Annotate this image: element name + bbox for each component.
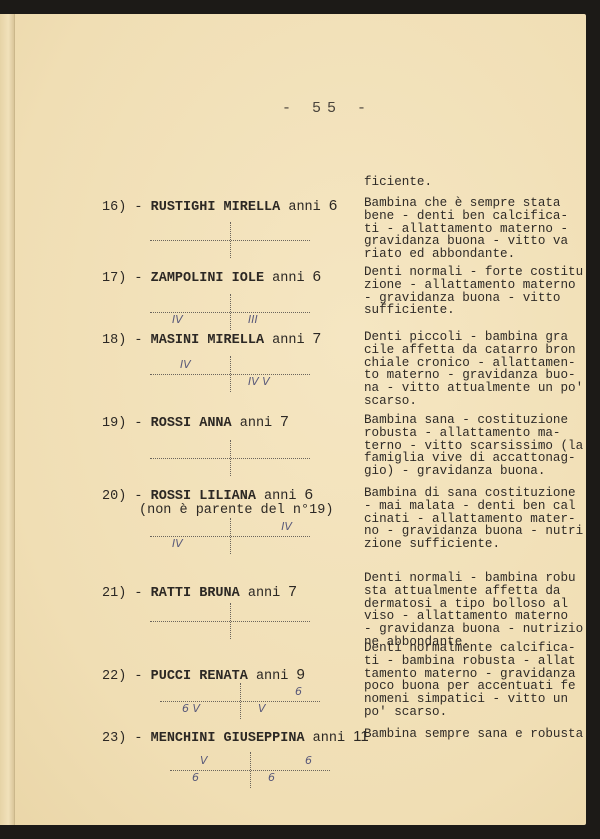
patient-age: 6 — [329, 197, 337, 214]
entry-number: 17) — [102, 271, 126, 286]
patient-name: PUCCI RENATA — [151, 669, 248, 684]
patient-name: ROSSI ANNA — [151, 416, 232, 431]
patient-name: ROSSI LILIANA — [151, 489, 256, 504]
continuation-text: ficiente. — [364, 176, 594, 189]
age-label: anni — [264, 271, 313, 286]
patient-age: 7 — [288, 583, 296, 600]
chart-vertical-line — [250, 752, 251, 788]
tooth-mark-upper-right: IV — [281, 520, 292, 533]
chart-vertical-line — [230, 294, 231, 330]
chart-vertical-line — [230, 603, 231, 639]
patient-age: 7 — [280, 413, 288, 430]
entry-dash: - — [126, 586, 150, 601]
patient-age: 7 — [313, 330, 321, 347]
tooth-chart: IVIV — [150, 518, 310, 554]
age-label: anni — [256, 489, 305, 504]
entry-number: 20) — [102, 489, 126, 504]
entry-dash: - — [126, 416, 150, 431]
entry-heading: 20) - ROSSI LILIANA anni 6(non è parente… — [102, 488, 333, 518]
tooth-mark-lower-right: III — [248, 313, 258, 326]
patient-age: 9 — [296, 666, 304, 683]
tooth-mark-lower-left: 6 V — [182, 702, 200, 715]
tooth-mark-lower-right: 6 — [268, 771, 275, 784]
entry-description: Bambina che è sempre stata bene - denti … — [364, 197, 594, 261]
patient-name: ZAMPOLINI IOLE — [151, 271, 264, 286]
age-label: anni — [305, 731, 354, 746]
tooth-chart — [150, 222, 310, 258]
tooth-mark-upper-right: 6 — [305, 754, 312, 767]
entry-heading: 23) - MENCHINI GIUSEPPINA anni 11 — [102, 730, 369, 746]
entry-dash: - — [126, 200, 150, 215]
page-number: - 55 - — [282, 100, 372, 117]
age-label: anni — [264, 333, 313, 348]
tooth-chart: IVIV V — [150, 356, 310, 392]
entry-description: Bambina sempre sana e robusta — [364, 728, 594, 741]
chart-vertical-line — [230, 518, 231, 554]
entry-number: 19) — [102, 416, 126, 431]
entry-number: 23) — [102, 731, 126, 746]
entry-description: Bambina sana - costituzione robusta - al… — [364, 414, 594, 478]
tooth-mark-lower-left: IV — [172, 537, 183, 550]
entry-heading: 21) - RATTI BRUNA anni 7 — [102, 585, 297, 601]
chart-vertical-line — [230, 222, 231, 258]
entry-heading: 18) - MASINI MIRELLA anni 7 — [102, 332, 321, 348]
tooth-mark-lower-right: IV V — [248, 375, 270, 388]
entry-number: 21) — [102, 586, 126, 601]
chart-vertical-line — [230, 440, 231, 476]
entry-number: 22) — [102, 669, 126, 684]
tooth-mark-upper-left: V — [200, 754, 208, 767]
entry-description: Denti piccoli - bambina gra cile affetta… — [364, 331, 594, 408]
tooth-mark-upper-right: 6 — [295, 685, 302, 698]
entry-number: 18) — [102, 333, 126, 348]
age-label: anni — [240, 586, 289, 601]
age-label: anni — [232, 416, 281, 431]
entry-dash: - — [126, 333, 150, 348]
patient-name: MASINI MIRELLA — [151, 333, 264, 348]
entry-description: Denti normalmente calcifica- ti - bambin… — [364, 642, 594, 719]
patient-age: 6 — [305, 486, 313, 503]
entry-dash: - — [126, 731, 150, 746]
patient-name: RUSTIGHI MIRELLA — [151, 200, 281, 215]
chart-vertical-line — [240, 683, 241, 719]
entry-heading: 22) - PUCCI RENATA anni 9 — [102, 668, 305, 684]
entry-dash: - — [126, 489, 150, 504]
entry-heading: 19) - ROSSI ANNA anni 7 — [102, 415, 289, 431]
patient-age: 6 — [313, 268, 321, 285]
tooth-mark-upper-left: IV — [180, 358, 191, 371]
entry-number: 16) — [102, 200, 126, 215]
entry-note: (non è parente del n°19) — [102, 504, 333, 518]
tooth-chart — [150, 440, 310, 476]
entry-description: Bambina di sana costituzione - mai malat… — [364, 487, 594, 551]
age-label: anni — [280, 200, 329, 215]
tooth-mark-lower-left: 6 — [192, 771, 199, 784]
entry-dash: - — [126, 669, 150, 684]
tooth-chart: V666 — [170, 752, 330, 788]
entry-dash: - — [126, 271, 150, 286]
entry-heading: 17) - ZAMPOLINI IOLE anni 6 — [102, 270, 321, 286]
tooth-chart: IVIII — [150, 294, 310, 330]
entry-heading: 16) - RUSTIGHI MIRELLA anni 6 — [102, 199, 337, 215]
tooth-mark-lower-left: IV — [172, 313, 183, 326]
tooth-mark-lower-right: V — [258, 702, 266, 715]
tooth-chart — [150, 603, 310, 639]
patient-name: MENCHINI GIUSEPPINA — [151, 731, 305, 746]
chart-vertical-line — [230, 356, 231, 392]
entry-description: Denti normali - forte costitu zione - al… — [364, 266, 594, 317]
tooth-chart: 66 VV — [160, 683, 320, 719]
age-label: anni — [248, 669, 297, 684]
patient-name: RATTI BRUNA — [151, 586, 240, 601]
entry-description: Denti normali - bambina robu sta attualm… — [364, 572, 594, 649]
page-curl-edge — [0, 14, 15, 825]
